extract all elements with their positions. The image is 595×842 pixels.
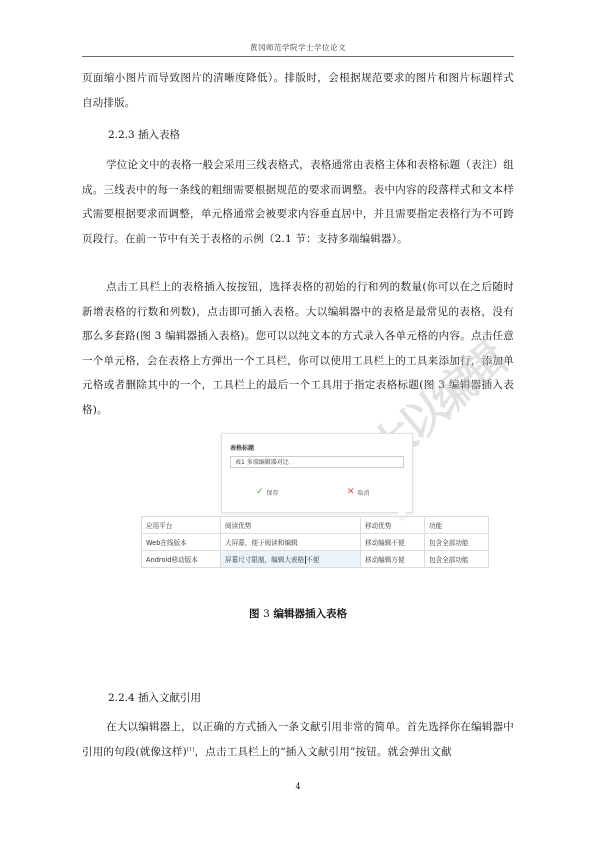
paragraph-tables-intro: 学位论文中的表格一般会采用三线表格式，表格通常由表格主体和表格标题（表注）组成。… <box>82 153 514 251</box>
paragraph-insert-table: 点击工具栏上的表格插入按按钮，选择表格的初始的行和列的数量(你可以在之后随时新增… <box>82 275 514 422</box>
caption-prefix: 图 <box>249 608 260 620</box>
paragraph-continued: 页面缩小图片而导致图片的清晰度降低）。排版时，会根据规范要求的图片和图片标题样式… <box>82 66 514 115</box>
paragraph-text: 点击工具栏上的表格插入按按钮，选择表格的初始的行和列的数量(你可以在之后随时新增… <box>82 275 514 422</box>
save-label: 保存 <box>267 488 279 497</box>
table-cell[interactable]: 功能 <box>425 517 489 534</box>
check-icon: ✓ <box>256 487 264 497</box>
figure-caption: 图 3 编辑器插入表格 <box>82 606 514 621</box>
save-button[interactable]: ✓ 保存 <box>256 487 279 497</box>
table-caption-popup: 表格标题 表1 多端编辑器对比 ✓ 保存 ✕ 取消 <box>221 433 413 513</box>
table-row: Android移动版本 屏幕尺寸限制，编辑大表格不便 移动编辑方便 包含全部功能 <box>142 551 489 568</box>
paragraph-text: 在大以编辑器上，以正确的方式插入一条文献引用非常的简单。首先选择你在编辑器中引用… <box>82 715 514 764</box>
section-heading-2-2-3: 2.2.3 插入表格 <box>108 127 180 142</box>
close-icon: ✕ <box>347 487 355 497</box>
page-number: 4 <box>82 782 514 791</box>
cancel-button[interactable]: ✕ 取消 <box>347 487 370 497</box>
table-cell[interactable]: 包含全部功能 <box>425 551 489 568</box>
table-cell[interactable]: 大屏幕，便于阅读和编辑 <box>221 534 361 551</box>
table-cell[interactable]: 包含全部功能 <box>425 534 489 551</box>
table-cell-selected[interactable]: 屏幕尺寸限制，编辑大表格不便 <box>221 551 361 568</box>
figure-editor-insert-table: 表格标题 表1 多端编辑器对比 ✓ 保存 ✕ 取消 应用平台 阅读优势 移动优势… <box>141 430 491 580</box>
cell-text: 不便 <box>306 556 319 564</box>
section-heading-2-2-4: 2.2.4 插入文献引用 <box>108 690 201 705</box>
table-cell[interactable]: Web在线版本 <box>142 534 221 551</box>
editor-table: 应用平台 阅读优势 移动优势 功能 Web在线版本 大屏幕，便于阅读和编辑 移动… <box>141 516 489 568</box>
cancel-label: 取消 <box>358 488 370 497</box>
paragraph-text: 学位论文中的表格一般会采用三线表格式，表格通常由表格主体和表格标题（表注）组成。… <box>82 153 514 251</box>
citation-marker[interactable]: [1] <box>187 746 195 752</box>
paragraph-text: 页面缩小图片而导致图片的清晰度降低）。排版时，会根据规范要求的图片和图片标题样式… <box>82 66 514 115</box>
cell-text: 屏幕尺寸限制，编辑大表格 <box>225 556 304 564</box>
table-caption-label: 表格标题 <box>230 443 254 452</box>
caption-number: 3 <box>263 608 270 620</box>
table-cell[interactable]: 移动编辑不便 <box>361 534 425 551</box>
table-cell[interactable]: 阅读优势 <box>221 517 361 534</box>
table-caption-input[interactable]: 表1 多端编辑器对比 <box>230 456 404 468</box>
table-cell[interactable]: 移动优势 <box>361 517 425 534</box>
table-header-row: 应用平台 阅读优势 移动优势 功能 <box>142 517 489 534</box>
caption-text: 编辑器插入表格 <box>274 608 348 620</box>
text-segment: ，点击工具栏上的“插入文献引用”按钮。就会弹出文献 <box>195 746 452 758</box>
table-cell[interactable]: 移动编辑方便 <box>361 551 425 568</box>
table-cell[interactable]: Android移动版本 <box>142 551 221 568</box>
table-cell[interactable]: 应用平台 <box>142 517 221 534</box>
paragraph-insert-citation: 在大以编辑器上，以正确的方式插入一条文献引用非常的简单。首先选择你在编辑器中引用… <box>82 715 514 764</box>
page-header: 黄冈师范学院学士学位论文 <box>82 42 514 57</box>
table-row: Web在线版本 大屏幕，便于阅读和编辑 移动编辑不便 包含全部功能 <box>142 534 489 551</box>
